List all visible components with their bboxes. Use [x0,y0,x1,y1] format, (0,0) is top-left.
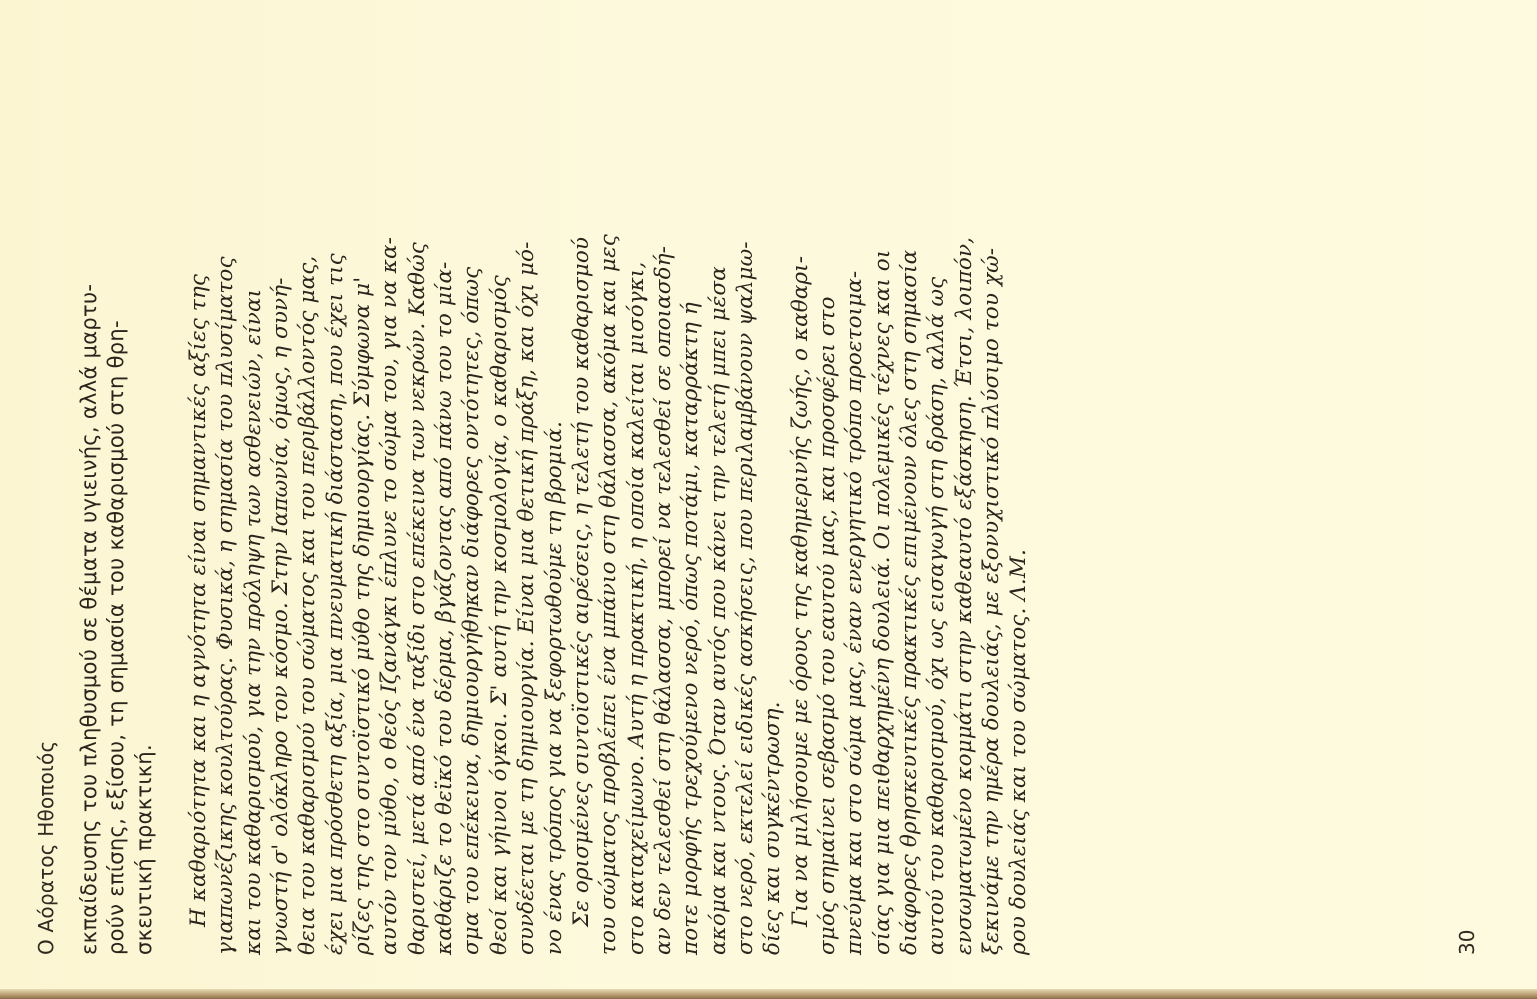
text-line: σίας για μια πειθαρχημένη δουλειά. Οι πο… [869,265,896,955]
text-line: Για να μιλήσουμε με όρους της καθημερινή… [787,265,814,955]
text-line: θεια του καθαρισμού του σώματος και του … [294,265,321,955]
text-line: σκευτική πρακτική. [131,265,158,955]
text-line: στο καταχείμωνο. Αυτή η πρακτική, η οποί… [623,265,650,955]
text-line: νο ένας τρόπος για να ξεφορτωθούμε τη βρ… [541,265,568,955]
text-line: θαριστεί, μετά από ένα ταξίδι στο επέκει… [404,265,431,955]
paragraph-gap [158,265,185,955]
text-line: αν δεν τελεσθεί στη θάλασσα, μπορεί να τ… [650,265,677,955]
text-line: διάφορες θρησκευτικές πρακτικές επιμένου… [896,265,923,955]
text-line: πνεύμα και στο σώμα μας, έναν ενεργητικό… [841,265,868,955]
text-line: γιαπωνέζικης κουλτούρας. Φυσικά, η σημασ… [212,265,239,955]
text-line: δίες και συγκέντρωση. [759,265,786,955]
text-line: ρου δουλειάς και του σώματος. Λ.Μ. [1005,265,1032,955]
body-text: εκπαίδευσης του πληθυσμού σε θέματα υγιε… [76,265,1033,955]
text-line: καθάριζε το θεϊκό του δέρμα, βγάζοντας α… [431,265,458,955]
text-line: θεοί και γήινοι όγκοι. Σ' αυτή την κοσμο… [486,265,513,955]
text-line: ενσωματωμένο κομμάτι στην καθεαυτό εξάσκ… [951,265,978,955]
text-line: ρούν επίσης, εξίσου, τη σημασία του καθα… [103,265,130,955]
text-line: του σώματος προβλέπει ένα μπάνιο στη θάλ… [595,265,622,955]
paragraph-purity: Η καθαριότητα και η αγνότητα είναι σημαν… [185,265,568,955]
text-line: και του καθαρισμού, για την πρόληψη των … [240,265,267,955]
text-line: εκπαίδευσης του πληθυσμού σε θέματα υγιε… [76,265,103,955]
running-head: Ο Αόρατος Ηθοποιός [34,741,58,955]
text-line: ξεκινάμε την ημέρα δουλειάς, με εξονυχισ… [978,265,1005,955]
page-number: 30 [1455,930,1479,955]
text-line: έχει μια πρόσθετη αξία, μια πνευματική δ… [322,265,349,955]
text-line: συνδέεται με τη δημιουργία. Είναι μια θε… [513,265,540,955]
text-line: σμός σημαίνει σεβασμό του εαυτού μας, κα… [814,265,841,955]
page-edge-shadow [0,989,1537,999]
text-line: Η καθαριότητα και η αγνότητα είναι σημαν… [185,265,212,955]
text-line: αυτόν τον μύθο, ο θεός Ιζανάγκι έπλυνε τ… [376,265,403,955]
paragraph-daily-life: Για να μιλήσουμε με όρους της καθημερινή… [787,265,1033,955]
book-page: Ο Αόρατος Ηθοποιός εκπαίδευσης του πληθυ… [0,0,1537,999]
text-line: ρίζες της στο σιντοϊστικό μύθο της δημιο… [349,265,376,955]
paragraph-misogi: Σε ορισμένες σιντοϊστικές αιρέσεις, η τε… [568,265,787,955]
text-line: ακόμα και ντους. Όταν αυτός που κάνει τη… [705,265,732,955]
text-line: ποτε μορφής τρεχούμενο νερό, όπως ποτάμι… [677,265,704,955]
text-line: αυτού του καθαρισμού, όχι ως εισαγωγή στ… [923,265,950,955]
text-line: στο νερό, εκτελεί ειδικές ασκήσεις, που … [732,265,759,955]
text-line: Σε ορισμένες σιντοϊστικές αιρέσεις, η τε… [568,265,595,955]
text-line: γνωστή σ' ολόκληρο τον κόσμο. Στην Ιαπων… [267,265,294,955]
text-line: σμα του επέκεινα, δημιουργήθηκαν διάφορε… [458,265,485,955]
